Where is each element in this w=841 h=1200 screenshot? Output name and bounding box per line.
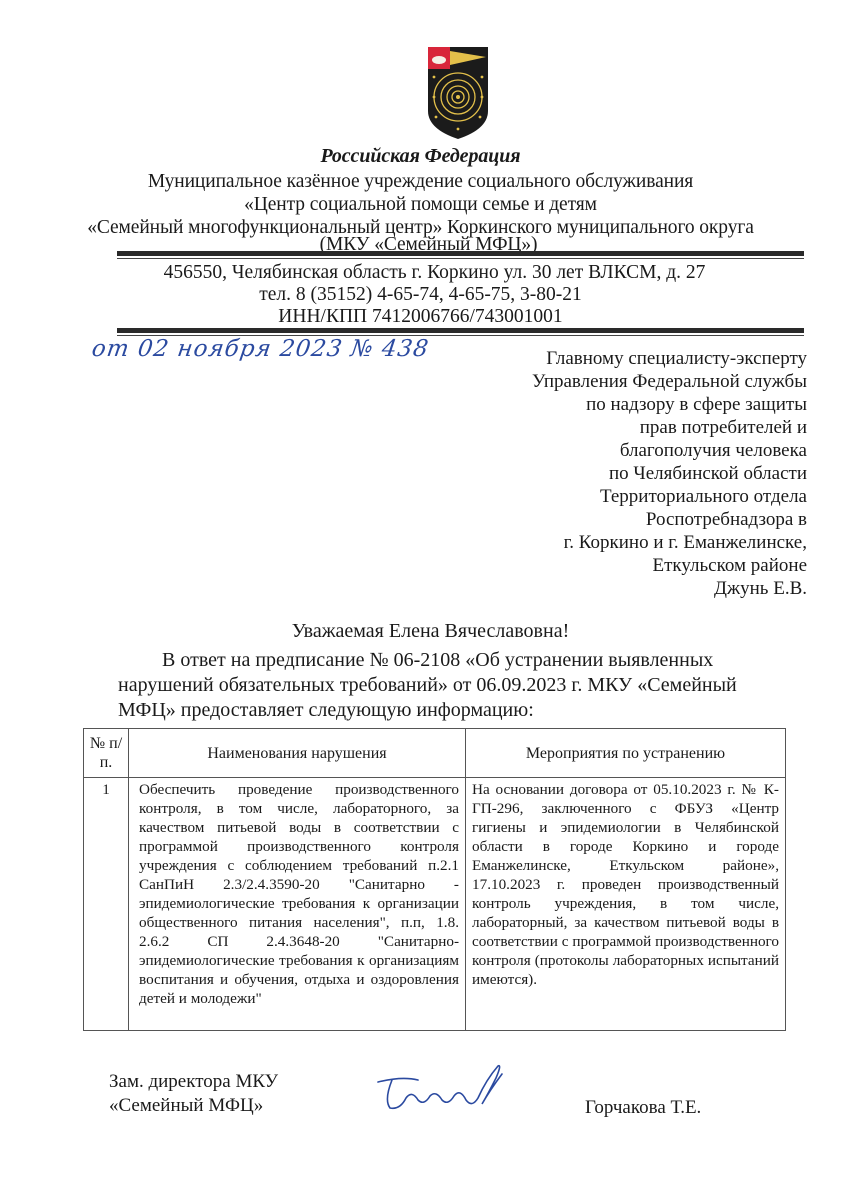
org-line-2: «Центр социальной помощи семье и детям: [0, 193, 841, 216]
outgoing-reference-handwritten: от 02 ноября 2023 № 438: [90, 336, 431, 362]
position-line-1: Зам. директора МКУ: [109, 1070, 278, 1094]
intro-text: В ответ на предписание № 06-2108 «Об уст…: [118, 649, 737, 721]
row-violation: Обеспечить проведение производственного …: [129, 778, 466, 1031]
inn-kpp: ИНН/КПП 7412006766/743001001: [0, 306, 841, 328]
coat-of-arms-icon: [426, 45, 490, 141]
table-row: 1 Обеспечить проведение производственног…: [84, 778, 786, 1031]
handwritten-signature-icon: [372, 1060, 522, 1120]
header-divider-top: [117, 251, 804, 259]
signatory-position: Зам. директора МКУ «Семейный МФЦ»: [109, 1070, 278, 1118]
country-title: Российская Федерация: [0, 145, 841, 168]
recipient-line: прав потребителей и: [532, 416, 807, 439]
row-measures: На основании договора от 05.10.2023 г. №…: [466, 778, 786, 1031]
table-header-row: № п/п. Наименования нарушения Мероприяти…: [84, 729, 786, 778]
header-divider-bottom: [117, 328, 804, 336]
recipient-line: Роспотребнадзора в: [532, 508, 807, 531]
header-measures: Мероприятия по устранению: [466, 729, 786, 778]
recipient-line: г. Коркино и г. Еманжелинске,: [532, 531, 807, 554]
recipient-line: Джунь Е.В.: [532, 577, 807, 600]
header-num: № п/п.: [84, 729, 129, 778]
recipient-line: по надзору в сфере защиты: [532, 393, 807, 416]
address: 456550, Челябинская область г. Коркино у…: [14, 262, 841, 284]
recipient-line: Управления Федеральной службы: [532, 370, 807, 393]
recipient-line: Еткульском районе: [532, 554, 807, 577]
recipient-line: Главному специалисту-эксперту: [532, 347, 807, 370]
org-line-1: Муниципальное казённое учреждение социал…: [0, 170, 841, 193]
signatory-name: Горчакова Т.Е.: [585, 1097, 701, 1119]
greeting: Уважаемая Елена Вячеславовна!: [0, 620, 841, 643]
recipient-line: Территориального отдела: [532, 485, 807, 508]
phone: тел. 8 (35152) 4-65-74, 4-65-75, 3-80-21: [0, 284, 841, 306]
violations-table: № п/п. Наименования нарушения Мероприяти…: [83, 728, 786, 1031]
header-violation: Наименования нарушения: [129, 729, 466, 778]
recipient-line: по Челябинской области: [532, 462, 807, 485]
recipient-block: Главному специалисту-эксперту Управления…: [532, 347, 807, 600]
intro-paragraph: В ответ на предписание № 06-2108 «Об уст…: [118, 648, 758, 723]
position-line-2: «Семейный МФЦ»: [109, 1094, 278, 1118]
recipient-line: благополучия человека: [532, 439, 807, 462]
row-num: 1: [84, 778, 129, 1031]
